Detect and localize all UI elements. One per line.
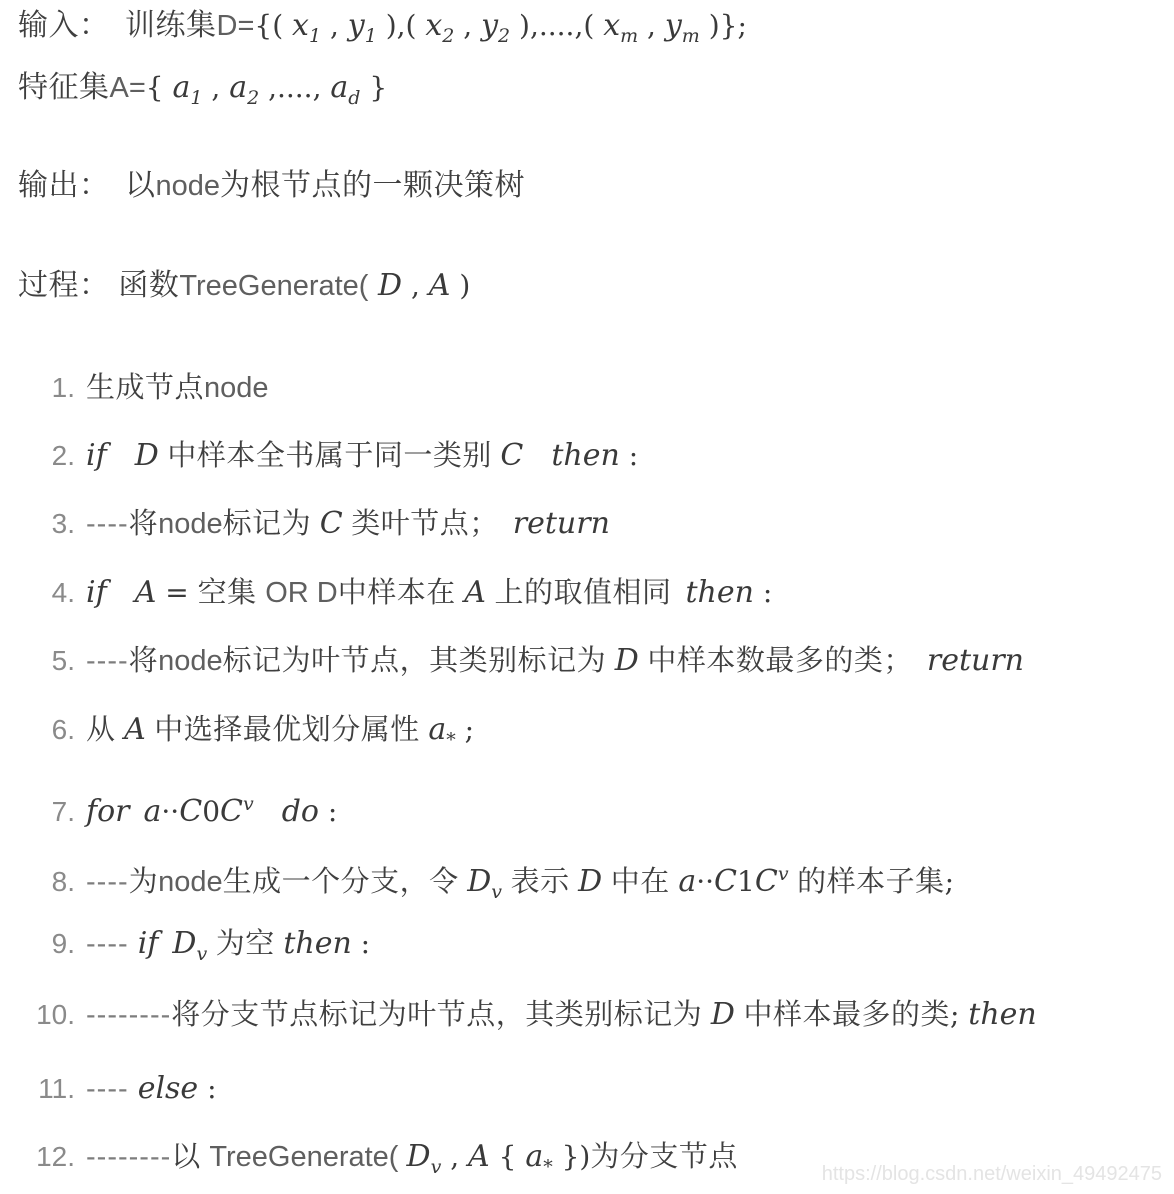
watermark-url: https://blog.csdn.net/weixin_49492475: [822, 1163, 1162, 1186]
text-segment-mroman: ;: [456, 713, 474, 746]
step-content: if D 中样本全书属于同一类别 C then :: [86, 436, 1174, 476]
text-segment-math: then: [686, 575, 754, 610]
text-segment-mroman: :: [352, 927, 370, 960]
text-segment-latin: OR D: [265, 577, 338, 609]
text-segment-cjk: 上的取值相同: [486, 577, 672, 609]
text-segment-latin: node: [158, 866, 223, 898]
text-segment-mroman: {: [490, 1140, 526, 1173]
text-segment-cjk: 标记为叶节点，其类别标记为: [223, 645, 615, 677]
algorithm-step: 10. --------将分支节点标记为叶节点，其类别标记为 D 中样本最多的类…: [18, 995, 1174, 1035]
text-segment-math: x: [425, 8, 442, 43]
text-segment-cjk: 中在: [602, 866, 678, 898]
line-content: 输入： 训练集D={( x1 , y1 ),( x2 , y2 ),....,(…: [18, 10, 747, 42]
text-segment-math: D: [172, 926, 196, 961]
text-segment-cjk: 将: [129, 508, 159, 540]
text-segment-latin: D=: [217, 10, 255, 42]
text-segment-cjk: 生成一个分支，令: [223, 866, 468, 898]
text-segment-mroman: ),(: [377, 9, 426, 42]
text-segment-cjk: 从: [86, 714, 124, 746]
text-segment-msub: 2: [498, 25, 510, 47]
text-segment-cjk: 以: [171, 1141, 209, 1173]
text-segment-mroman: ··: [161, 795, 179, 828]
text-segment-mroman: ;: [945, 865, 954, 898]
text-segment-msub: v: [491, 881, 502, 903]
step-number: 2.: [18, 436, 75, 476]
text-segment-math: D: [368, 268, 402, 303]
text-segment-msub: *: [543, 1156, 553, 1178]
text-segment-math: D: [578, 864, 602, 899]
text-segment-mroman: ,: [454, 9, 481, 42]
step-content: 从 A 中选择最优划分属性 a* ;: [86, 710, 1174, 760]
text-segment-mroman: [158, 927, 172, 960]
text-segment-cjk: 为空: [207, 928, 283, 960]
text-segment-math: return: [927, 643, 1024, 678]
step-number: 12.: [18, 1137, 75, 1177]
text-segment-dash: ----: [86, 508, 129, 540]
text-segment-math: A: [124, 712, 146, 747]
text-segment-math: if: [86, 438, 107, 473]
step-number: 7.: [18, 792, 75, 832]
text-segment-math: x: [292, 8, 309, 43]
text-segment-mroman: {: [146, 71, 173, 104]
input-declaration-line: 输入： 训练集D={( x1 , y1 ),( x2 , y2 ),....,(…: [18, 6, 1174, 46]
text-segment-math: C: [714, 864, 737, 899]
text-segment-cjk: 特征集: [18, 71, 110, 104]
text-segment-mroman: ,: [638, 9, 665, 42]
step-content: 生成节点node: [86, 368, 1174, 408]
text-segment-math: A: [464, 575, 486, 610]
text-segment-mroman: :: [754, 576, 772, 609]
text-segment-msub: m: [620, 25, 638, 47]
text-segment-latin: TreeGenerate(: [209, 1141, 406, 1173]
text-segment-mroman: {(: [254, 9, 292, 42]
text-segment-cjk: 生成节点: [86, 372, 204, 404]
text-segment-dash: ----: [86, 866, 129, 898]
text-segment-math: A: [135, 575, 157, 610]
text-segment-mroman: :: [319, 795, 337, 828]
text-segment-mroman: [523, 439, 551, 472]
text-segment-msub: v: [196, 943, 207, 965]
text-segment-cjk: 表示: [502, 866, 578, 898]
text-segment-cjk: 标记为: [223, 508, 320, 540]
text-segment-mroman: }): [553, 1140, 591, 1173]
text-segment-cjk: 为: [129, 866, 159, 898]
line-content: 过程： 函数TreeGenerate( D , A ): [18, 270, 470, 302]
text-segment-msub: 1: [190, 87, 202, 109]
text-segment-cjk: 类叶节点；: [343, 508, 499, 540]
text-segment-cjk: 中样本最多的类: [735, 999, 950, 1031]
text-segment-latin: A=: [110, 72, 146, 104]
step-number: 9.: [18, 924, 75, 964]
text-segment-latin: node: [158, 645, 223, 677]
text-segment-cjk: 过程： 函数: [18, 269, 179, 302]
text-segment-mroman: ··: [696, 865, 714, 898]
text-segment-math: then: [551, 438, 619, 473]
step-number: 4.: [18, 573, 75, 613]
text-segment-mroman: [107, 439, 135, 472]
text-segment-mroman: :: [198, 1072, 216, 1105]
text-segment-msub: m: [682, 25, 700, 47]
text-segment-msub: 1: [365, 25, 377, 47]
step-content: ---- if Dv 为空 then :: [86, 924, 1174, 974]
algorithm-step: 3. ----将node标记为 C 类叶节点； return: [18, 504, 1174, 544]
line-content: 输出： 以node为根节点的一颗决策树: [18, 170, 525, 202]
text-segment-cjk: 中样本数最多的类；: [639, 645, 913, 677]
text-segment-msub: *: [446, 729, 456, 751]
step-content: if A = 空集 OR D中样本在 A 上的取值相同 then :: [86, 573, 1174, 613]
text-segment-math: a: [330, 70, 348, 105]
text-segment-cjk: 输入： 训练集: [18, 9, 217, 42]
text-segment-math: a: [229, 70, 247, 105]
text-segment-msup: v: [243, 793, 254, 815]
step-content: ----将node标记为叶节点，其类别标记为 D 中样本数最多的类； retur…: [86, 641, 1174, 681]
line-content: 特征集A={ a1 , a2 ,...., ad }: [18, 72, 387, 104]
process-declaration-line: 过程： 函数TreeGenerate( D , A ): [18, 266, 1174, 306]
text-segment-math: C: [220, 794, 243, 829]
step-number: 5.: [18, 641, 75, 681]
text-segment-math: A: [429, 268, 451, 303]
text-segment-latin: node: [204, 372, 269, 404]
text-segment-math: y: [481, 8, 498, 43]
text-segment-cjk: 中选择最优划分属性: [146, 714, 429, 746]
text-segment-math: then: [283, 926, 351, 961]
text-segment-math: D: [135, 438, 159, 473]
text-segment-mroman: [913, 644, 927, 677]
text-segment-math: C: [500, 438, 523, 473]
text-segment-dash: --------: [86, 1141, 171, 1173]
text-segment-dash: --------: [86, 999, 171, 1031]
text-segment-math: A: [468, 1139, 490, 1174]
text-segment-math: C: [320, 506, 343, 541]
text-segment-math: a: [428, 712, 446, 747]
text-segment-mroman: [107, 576, 135, 609]
text-segment-mroman: =: [156, 576, 197, 609]
text-segment-math: a: [144, 794, 162, 829]
text-segment-cjk: 输出： 以: [18, 169, 156, 202]
text-segment-mroman: [672, 576, 686, 609]
text-segment-cjk: 将分支节点标记为叶节点，其类别标记为: [171, 999, 711, 1031]
text-segment-mroman: )};: [700, 9, 747, 42]
text-segment-math: a: [678, 864, 696, 899]
text-segment-cjk: 中样本全书属于同一类别: [159, 440, 501, 472]
algorithm-document: 输入： 训练集D={( x1 , y1 ),( x2 , y2 ),....,(…: [0, 6, 1174, 1177]
text-segment-mroman: }: [360, 71, 387, 104]
algorithm-step: 8. ----为node生成一个分支，令 Dv 表示 D 中在 a··C1Cv …: [18, 854, 1174, 894]
text-segment-mroman: ),....,(: [510, 9, 603, 42]
text-segment-math: a: [525, 1139, 543, 1174]
text-segment-latin: node: [158, 508, 223, 540]
text-segment-math: y: [348, 8, 365, 43]
text-segment-cjk: 将: [129, 645, 159, 677]
text-segment-mroman: ;: [950, 998, 968, 1031]
text-segment-math: y: [665, 8, 682, 43]
text-segment-math: a: [173, 70, 191, 105]
algorithm-step: 6. 从 A 中选择最优划分属性 a* ;: [18, 710, 1174, 750]
text-segment-mroman: ,: [441, 1140, 468, 1173]
text-segment-mroman: ,....,: [259, 71, 330, 104]
text-segment-msub: v: [431, 1156, 442, 1178]
text-segment-math: D: [711, 997, 735, 1032]
step-number: 1.: [18, 368, 75, 408]
text-segment-math: return: [513, 506, 610, 541]
text-segment-math: else: [138, 1071, 199, 1106]
text-segment-mroman: ): [450, 269, 470, 302]
output-declaration-line: 输出： 以node为根节点的一颗决策树: [18, 166, 1174, 206]
text-segment-math: then: [968, 997, 1036, 1032]
text-segment-math: do: [282, 794, 319, 829]
step-content: ----将node标记为 C 类叶节点； return: [86, 504, 1174, 544]
algorithm-step: 7. for a··C0Cv do :: [18, 784, 1174, 824]
text-segment-msup: v: [778, 863, 789, 885]
text-segment-math: C: [755, 864, 778, 899]
text-segment-mroman: 0: [202, 795, 220, 828]
text-segment-mroman: [130, 795, 144, 828]
algorithm-step: 1. 生成节点node: [18, 368, 1174, 408]
step-number: 3.: [18, 504, 75, 544]
text-segment-mroman: [499, 507, 513, 540]
algorithm-step: 9. ---- if Dv 为空 then :: [18, 924, 1174, 964]
text-segment-math: C: [179, 794, 202, 829]
text-segment-msub: 1: [309, 25, 321, 47]
text-segment-latin: TreeGenerate(: [179, 270, 368, 302]
algorithm-step: 2. if D 中样本全书属于同一类别 C then :: [18, 436, 1174, 476]
text-segment-cjk: 空集: [198, 577, 266, 609]
feature-set-line: 特征集A={ a1 , a2 ,...., ad }: [18, 68, 1174, 108]
algorithm-step: 5. ----将node标记为叶节点，其类别标记为 D 中样本数最多的类； re…: [18, 641, 1174, 681]
text-segment-mroman: ,: [402, 269, 429, 302]
text-segment-math: D: [467, 864, 491, 899]
text-segment-mroman: ,: [321, 9, 348, 42]
text-segment-msub: 2: [442, 25, 454, 47]
text-segment-latin: node: [156, 170, 221, 202]
text-segment-cjk: 的样本子集: [789, 866, 945, 898]
text-segment-dash: ----: [86, 1073, 138, 1105]
text-segment-mroman: :: [620, 439, 638, 472]
text-segment-math: x: [603, 8, 620, 43]
text-segment-cjk: 中样本在: [338, 577, 465, 609]
step-content: --------将分支节点标记为叶节点，其类别标记为 D 中样本最多的类; th…: [86, 995, 1174, 1035]
step-number: 10.: [18, 995, 75, 1035]
algorithm-step: 11. ---- else :: [18, 1069, 1174, 1109]
step-number: 11.: [18, 1069, 75, 1109]
text-segment-mroman: ,: [202, 71, 229, 104]
text-segment-dash: ----: [86, 645, 129, 677]
text-segment-msub: d: [348, 87, 360, 109]
step-content: for a··C0Cv do :: [86, 784, 1174, 832]
algorithm-step: 4. if A = 空集 OR D中样本在 A 上的取值相同 then :: [18, 573, 1174, 613]
text-segment-mroman: [254, 795, 282, 828]
text-segment-math: if: [138, 926, 159, 961]
text-segment-cjk: 为分支节点: [590, 1141, 738, 1173]
step-number: 6.: [18, 710, 75, 750]
text-segment-math: if: [86, 575, 107, 610]
text-segment-mroman: 1: [737, 865, 755, 898]
text-segment-msub: 2: [247, 87, 259, 109]
text-segment-math: for: [86, 794, 130, 829]
text-segment-math: D: [407, 1139, 431, 1174]
text-segment-dash: ----: [86, 928, 138, 960]
step-content: ---- else :: [86, 1069, 1174, 1109]
text-segment-math: D: [615, 643, 639, 678]
text-segment-cjk: 为根节点的一颗决策树: [220, 169, 525, 202]
step-content: ----为node生成一个分支，令 Dv 表示 D 中在 a··C1Cv 的样本…: [86, 854, 1174, 912]
step-number: 8.: [18, 862, 75, 902]
